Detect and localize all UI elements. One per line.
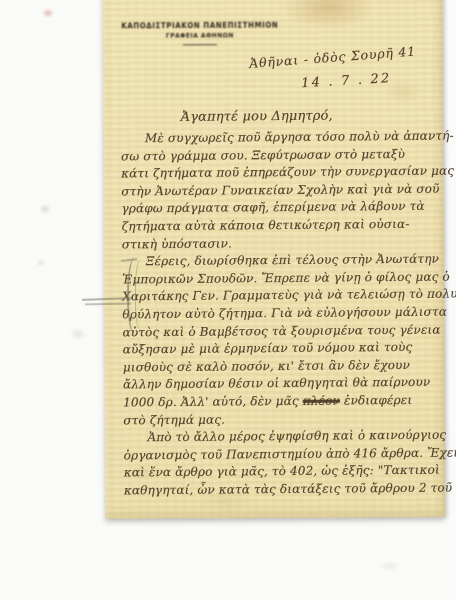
letterhead-line1: ΚΑΠΟΔΙΣΤΡΙΑΚΟΝ ΠΑΝΕΠΙΣΤΗΜΙΟΝ <box>115 21 285 31</box>
salutation: Ἀγαπητέ μου Δημητρό, <box>121 106 456 127</box>
strike-after-text: ἐνδιαφέρει <box>340 393 412 408</box>
struck-word: πλέον <box>303 393 340 407</box>
body-line-with-strikethrough: 1000 δρ. Ἀλλ' αὐτό, δὲν μᾶς πλέον ἐνδιαφ… <box>123 391 456 412</box>
letterhead-rule <box>183 44 217 45</box>
body-line: καθηγηταί, ὧν κατὰ τὰς διατάξεις τοῦ ἄρθ… <box>124 479 456 500</box>
pencil-margin-bracket-inner <box>135 260 146 330</box>
body-line: ζητήματα αὐτὰ κάποια θετικώτερη καὶ οὐσι… <box>122 215 456 236</box>
address-line: Ἀθῆναι - ὁδὸς Σουρῆ 41 <box>249 43 417 70</box>
letterhead-line2: ΓΡΑΦΕΙΑ ΑΘΗΝΩΝ <box>115 32 285 40</box>
letter-paper: ΚΑΠΟΔΙΣΤΡΙΑΚΟΝ ΠΑΝΕΠΙΣΤΗΜΙΟΝ ΓΡΑΦΕΙΑ ΑΘΗ… <box>103 0 446 519</box>
date-line: 14 . 7 . 22 <box>301 71 392 91</box>
letter-body: Ἀγαπητέ μου Δημητρό, Μὲ συγχωρεῖς ποῦ ἄρ… <box>121 106 456 499</box>
body-line: Μὲ συγχωρεῖς ποῦ ἄργησα τόσο πολὺ νὰ ἀπα… <box>121 127 456 148</box>
strike-before-text: 1000 δρ. Ἀλλ' αὐτό, δὲν μᾶς <box>123 394 303 410</box>
body-line: θρύλητον αὐτὸ ζήτημα. Γιὰ νὰ εὐλογήσουν … <box>122 303 456 324</box>
letterhead: ΚΑΠΟΔΙΣΤΡΙΑΚΟΝ ΠΑΝΕΠΙΣΤΗΜΙΟΝ ΓΡΑΦΕΙΑ ΑΘΗ… <box>115 21 285 46</box>
scanned-letter-page: { "letterhead": { "line1": "ΚΑΠΟΔΙΣΤΡΙΑΚ… <box>0 0 456 600</box>
